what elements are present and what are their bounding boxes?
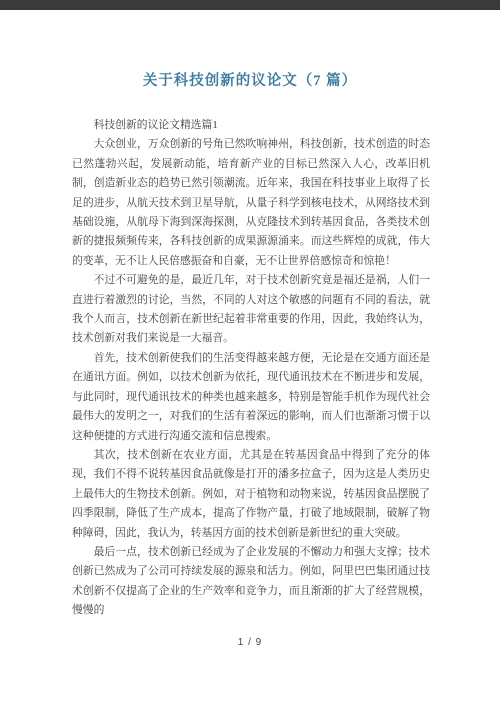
document-title: 关于科技创新的议论文（7 篇） [0,69,500,90]
paragraph-4: 其次，技术创新在农业方面，尤其是在转基因食品中得到了充分的体现，我们不得不说转基… [72,446,430,543]
document-body: 科技创新的议论文精选篇1 大众创业，万众创新的号角已然吹响神州，科技创新，技术创… [72,116,430,621]
paragraph-2: 不过不可避免的是，最近几年，对于技术创新究竟是福还是祸，人们一直进行着激烈的讨论… [72,271,430,349]
paragraph-5: 最后一点，技术创新已经成为了企业发展的不懈动力和强大支撑；技术创新已然成为了公司… [72,543,430,621]
paragraph-3: 首先，技术创新使我们的生活变得越来越方便，无论是在交通方面还是在通讯方面。例如，… [72,349,430,446]
section-heading: 科技创新的议论文精选篇1 [72,116,430,135]
page-number: 1 / 9 [0,637,500,648]
top-bar [0,0,500,10]
paragraph-1: 大众创业，万众创新的号角已然吹响神州，科技创新，技术创造的时态已然蓬勃兴起，发展… [72,135,430,271]
